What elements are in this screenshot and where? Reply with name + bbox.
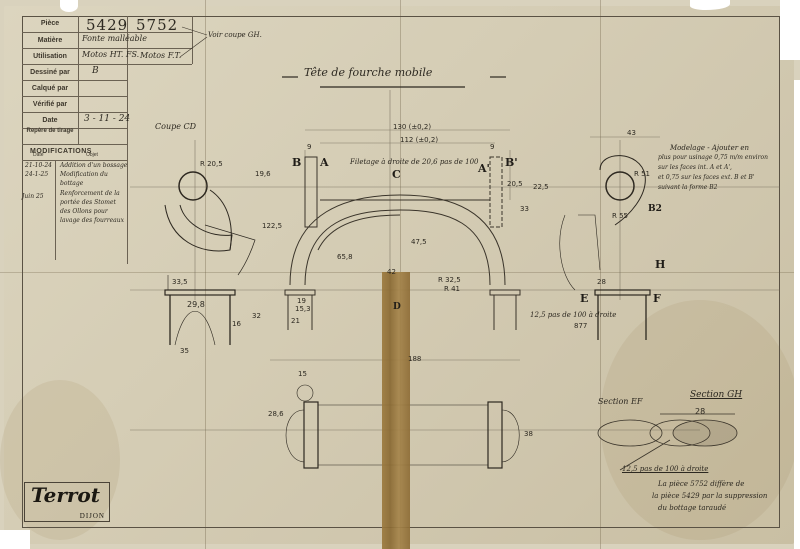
label-b: B — [292, 156, 301, 169]
dim-29-8: 29,8 — [187, 300, 205, 309]
torn-edge — [0, 530, 30, 549]
dim-28-6: 28,6 — [268, 410, 284, 418]
dim-43: 43 — [627, 129, 636, 137]
dim-r20-5: R 20,5 — [200, 160, 223, 168]
dim-9-left: 9 — [307, 143, 311, 151]
dim-r55: R 55 — [612, 212, 628, 220]
torn-edge — [60, 0, 78, 12]
dim-20-5: 20,5 — [507, 180, 523, 188]
dim-188: 188 — [408, 355, 421, 363]
dim-15-3: 15,3 — [295, 305, 311, 313]
dim-65-8: 65,8 — [337, 253, 353, 261]
dim-112: 112 (±0,2) — [400, 136, 438, 144]
dim-122-5: 122,5 — [262, 222, 282, 230]
dim-38: 38 — [524, 430, 533, 438]
dim-35: 35 — [180, 347, 189, 355]
view-section-ef: Section EF — [598, 397, 642, 406]
torn-edge — [794, 80, 800, 549]
blueprint-sheet: Pièce 5429 5752 Matière Fonte malléable … — [0, 0, 800, 549]
dim-r51: R 51 — [634, 170, 650, 178]
view-coupe-cd: Coupe CD — [155, 122, 196, 131]
dim-9-right: 9 — [490, 143, 494, 151]
label-d: D — [393, 302, 401, 312]
dim-19-6: 19,6 — [255, 170, 271, 178]
repair-tape — [382, 272, 410, 549]
note-pas-droite-2: 12,5 pas de 100 à droite — [622, 465, 708, 473]
dim-21: 21 — [291, 317, 300, 325]
label-f: F — [653, 292, 661, 305]
dim-33-5: 33,5 — [172, 278, 188, 286]
label-b2: B2 — [648, 204, 662, 214]
label-c: C — [392, 168, 401, 181]
note-pas-droite: 12,5 pas de 100 à droite — [530, 311, 616, 319]
dim-22-5: 22,5 — [533, 183, 549, 191]
dim-130: 130 (±0,2) — [393, 123, 431, 131]
dim-15: 15 — [298, 370, 307, 378]
dim-47-5: 47,5 — [411, 238, 427, 246]
dim-16: 16 — [232, 320, 241, 328]
torn-edge — [780, 0, 800, 60]
dim-19: 19 — [297, 297, 306, 305]
drawing-title: Tête de fourche mobile — [304, 66, 432, 79]
label-b-prime: B' — [505, 156, 518, 169]
dim-r41: R 41 — [444, 285, 460, 293]
dim-42: 42 — [387, 268, 396, 276]
dim-32: 32 — [252, 312, 261, 320]
dim-28: 28 — [597, 278, 606, 286]
view-section-gh: Section GH — [690, 390, 742, 400]
dim-33: 33 — [520, 205, 529, 213]
label-e: E — [580, 292, 588, 305]
note-filetage: Filetage à droite de 20,6 pas de 100 — [350, 158, 479, 166]
label-h: H — [655, 258, 665, 271]
label-a-prime: A' — [478, 162, 490, 175]
dim-28-gh: 28 — [695, 407, 705, 416]
label-a: A — [320, 156, 329, 169]
dim-r32-5: R 32,5 — [438, 276, 461, 284]
dim-877: 877 — [574, 322, 587, 330]
